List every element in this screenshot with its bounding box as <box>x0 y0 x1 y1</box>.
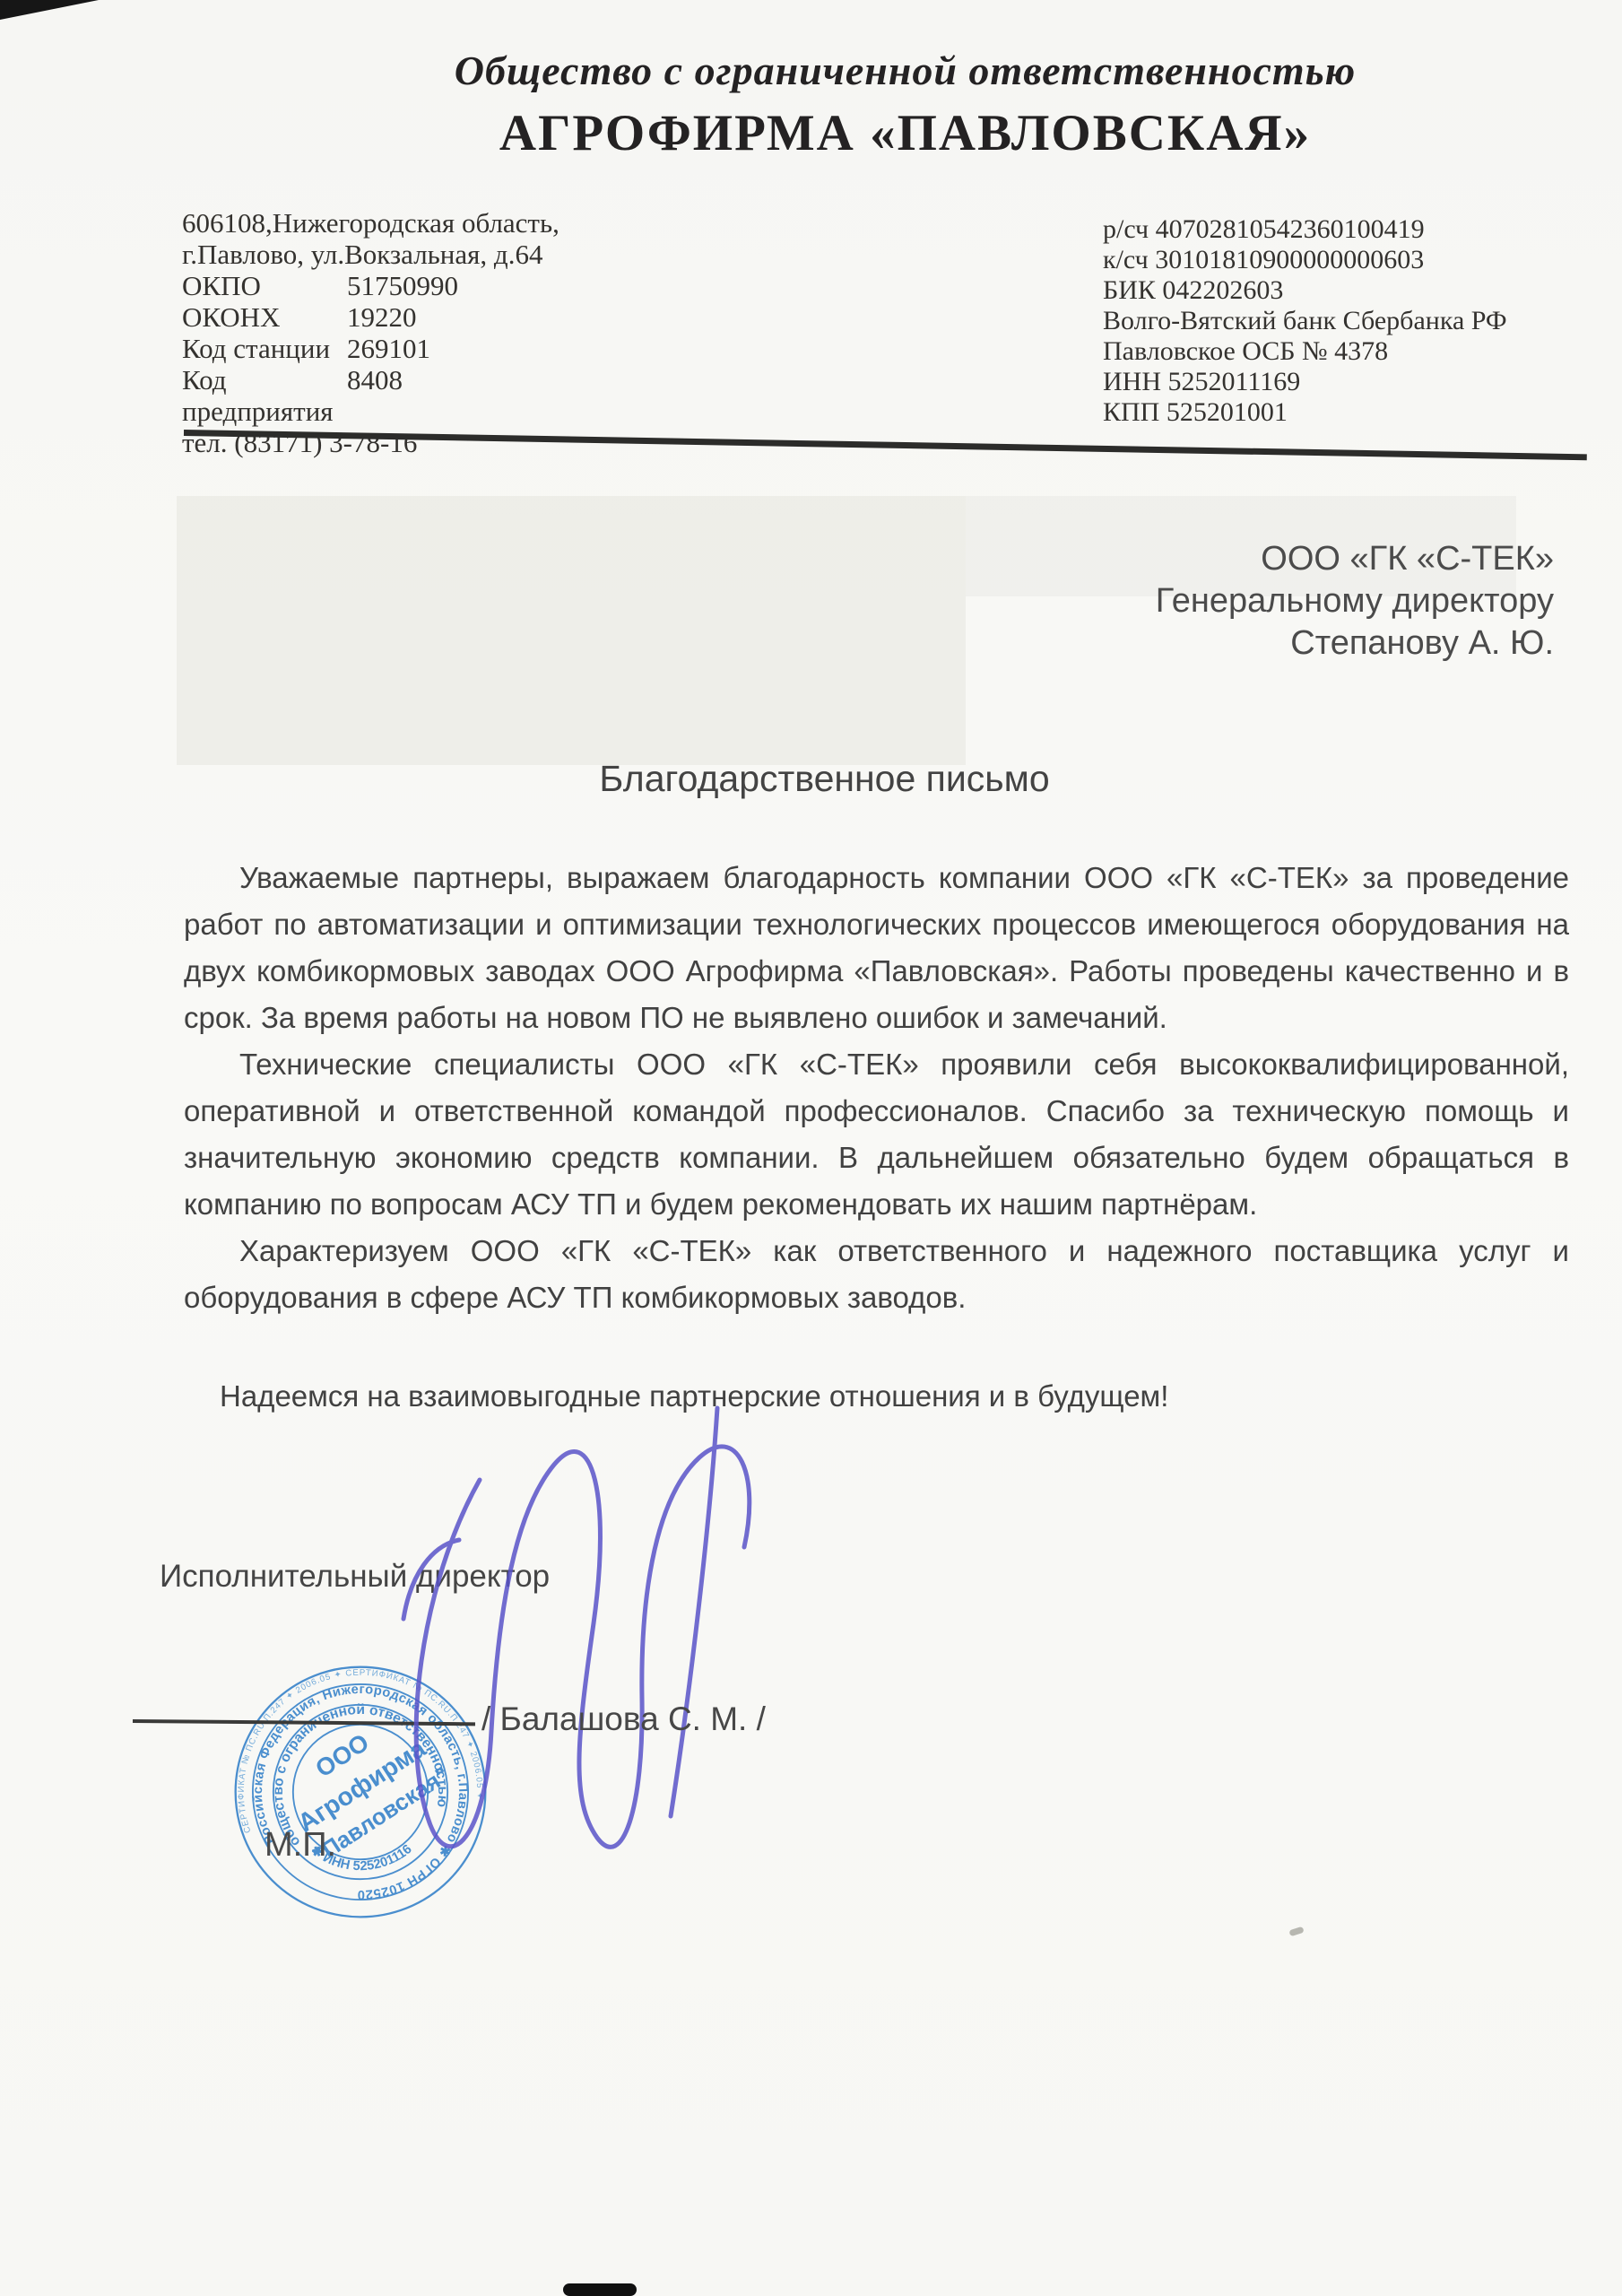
bank-detail-line: КПП 525201001 <box>1103 397 1605 428</box>
signature-stroke <box>671 1408 717 1816</box>
bank-detail-line: БИК 042202603 <box>1103 275 1605 306</box>
requisite-label: ОКПО <box>182 270 347 301</box>
scan-edge-artifact <box>0 0 99 20</box>
letter-paragraph: Технические специалисты ООО «ГК «С-ТЕК» … <box>184 1041 1569 1228</box>
requisite-row: ОКОНХ 19220 <box>182 301 684 333</box>
letter-body: Уважаемые партнеры, выражаем благодарнос… <box>184 855 1569 1420</box>
org-name-heading: АГРОФИРМА «ПАВЛОВСКАЯ» <box>188 104 1622 162</box>
org-type-heading: Общество с ограниченной ответственностью <box>188 47 1622 94</box>
handwritten-signature <box>296 1395 888 1897</box>
bank-detail-line: ИНН 5252011169 <box>1103 367 1605 397</box>
requisite-value: 51750990 <box>347 270 458 301</box>
recipient-position: Генеральному директору <box>1156 580 1554 622</box>
requisite-value: 269101 <box>347 333 430 364</box>
scan-dust-speck <box>1288 1926 1304 1937</box>
bank-detail-line: Волго-Вятский банк Сбербанка РФ <box>1103 306 1605 336</box>
bank-detail-line: Павловское ОСБ № 4378 <box>1103 336 1605 367</box>
recipient-name: Степанову А. Ю. <box>1156 622 1554 665</box>
requisite-value: 8408 <box>347 364 403 427</box>
seal-place-note: М.П. <box>265 1826 336 1865</box>
scanned-letter-page: Общество с ограниченной ответственностью… <box>0 0 1622 2296</box>
requisite-label: Код станции <box>182 333 347 364</box>
requisite-label: ОКОНХ <box>182 301 347 333</box>
letter-title: Благодарственное письмо <box>27 758 1622 800</box>
company-requisites-right: р/сч 40702810542360100419 к/сч 301018109… <box>1103 214 1605 428</box>
bank-detail-line: к/сч 30101810900000000603 <box>1103 245 1605 275</box>
requisite-row: ОКПО 51750990 <box>182 270 684 301</box>
address-line: г.Павлово, ул.Вокзальная, д.64 <box>182 239 684 270</box>
bank-detail-line: р/сч 40702810542360100419 <box>1103 214 1605 245</box>
scan-shadow-band <box>177 496 966 765</box>
signer-name: / Балашова С. М. / <box>481 1700 766 1738</box>
signature-stroke <box>416 1447 750 1847</box>
requisite-row: Код предприятия 8408 <box>182 364 684 427</box>
letter-paragraph: Характеризуем ООО «ГК «С-ТЕК» как ответс… <box>184 1228 1569 1321</box>
company-requisites-left: 606108,Нижегородская область, г.Павлово,… <box>182 207 684 458</box>
requisite-row: Код станции 269101 <box>182 333 684 364</box>
letter-paragraph: Уважаемые партнеры, выражаем благодарнос… <box>184 855 1569 1041</box>
requisite-value: 19220 <box>347 301 417 333</box>
requisite-label: Код предприятия <box>182 364 347 427</box>
scan-edge-artifact <box>563 2283 637 2296</box>
address-line: 606108,Нижегородская область, <box>182 207 684 239</box>
recipient-block: ООО «ГК «С-ТЕК» Генеральному директору С… <box>1156 538 1554 665</box>
recipient-company: ООО «ГК «С-ТЕК» <box>1156 538 1554 580</box>
